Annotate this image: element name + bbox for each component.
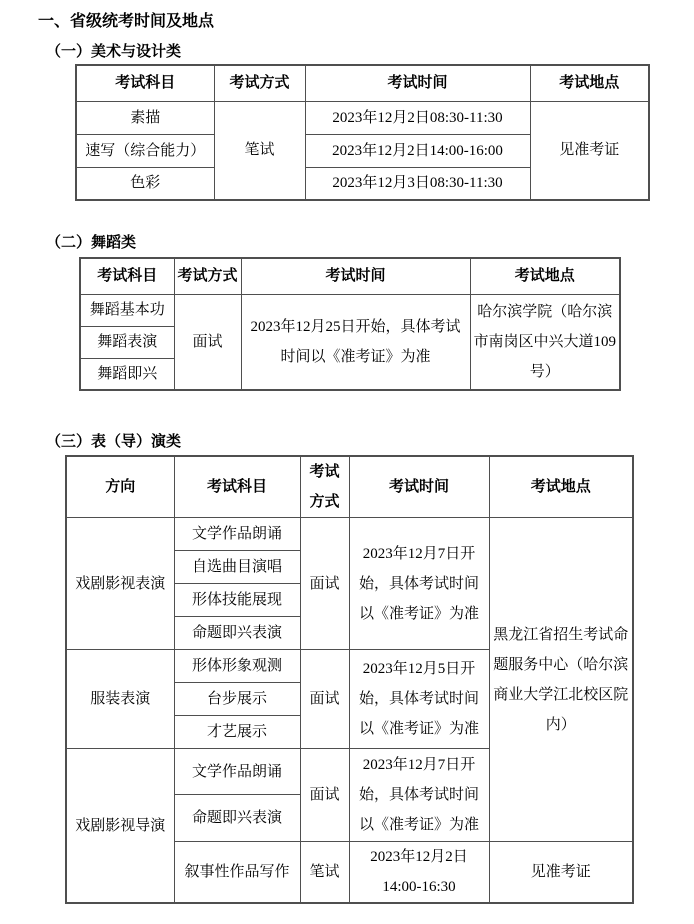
table-header-row: 方向 考试科目 考试方式 考试时间 考试地点 — [66, 456, 633, 518]
cell-subject: 文学作品朗诵 — [174, 518, 300, 551]
cell-location: 见准考证 — [489, 842, 633, 904]
table-header-row: 考试科目 考试方式 考试时间 考试地点 — [76, 65, 649, 101]
cell-subject: 自选曲目演唱 — [174, 551, 300, 584]
cell-subject: 文学作品朗诵 — [174, 749, 300, 795]
acting-table: 方向 考试科目 考试方式 考试时间 考试地点 戏剧影视表演 文学作品朗诵 面试 … — [65, 455, 634, 904]
col-header-location: 考试地点 — [530, 65, 649, 101]
cell-time: 2023年12月25日开始，具体考试时间以《准考证》为准 — [241, 294, 470, 390]
col-header-location: 考试地点 — [470, 258, 620, 294]
page-title: 一、省级统考时间及地点 — [38, 12, 694, 32]
table-row: 舞蹈基本功 面试 2023年12月25日开始，具体考试时间以《准考证》为准 哈尔… — [80, 294, 620, 326]
cell-time: 2023年12月7日开始，具体考试时间以《准考证》为准 — [349, 518, 489, 650]
col-header-direction: 方向 — [66, 456, 174, 518]
col-header-method: 考试方式 — [174, 258, 241, 294]
section-heading-dance: （二）舞蹈类 — [46, 233, 694, 253]
cell-direction: 戏剧影视导演 — [66, 749, 174, 904]
cell-subject: 舞蹈基本功 — [80, 294, 174, 326]
col-header-time: 考试时间 — [241, 258, 470, 294]
cell-method: 笔试 — [300, 842, 349, 904]
cell-time: 2023年12月2日14:00-16:00 — [305, 134, 530, 167]
cell-time: 2023年12月2日14:00-16:30 — [349, 842, 489, 904]
cell-time: 2023年12月5日开始，具体考试时间以《准考证》为准 — [349, 650, 489, 749]
section-dance: （二）舞蹈类 考试科目 考试方式 考试时间 考试地点 舞蹈基本功 面试 2023… — [0, 233, 694, 391]
section-heading-acting: （三）表（导）演类 — [46, 432, 694, 452]
cell-time: 2023年12月7日开始，具体考试时间以《准考证》为准 — [349, 749, 489, 842]
section-art-design: （一）美术与设计类 考试科目 考试方式 考试时间 考试地点 素描 笔试 2023… — [0, 42, 694, 201]
cell-subject: 素描 — [76, 101, 214, 134]
section-heading-art: （一）美术与设计类 — [46, 42, 694, 62]
dance-table: 考试科目 考试方式 考试时间 考试地点 舞蹈基本功 面试 2023年12月25日… — [79, 257, 621, 391]
cell-subject: 才艺展示 — [174, 716, 300, 749]
cell-subject: 命题即兴表演 — [174, 617, 300, 650]
cell-method: 面试 — [174, 294, 241, 390]
cell-subject: 舞蹈表演 — [80, 326, 174, 358]
art-design-table: 考试科目 考试方式 考试时间 考试地点 素描 笔试 2023年12月2日08:3… — [75, 64, 650, 201]
cell-method: 面试 — [300, 650, 349, 749]
cell-method: 面试 — [300, 749, 349, 842]
cell-subject: 速写（综合能力） — [76, 134, 214, 167]
cell-time: 2023年12月2日08:30-11:30 — [305, 101, 530, 134]
table-row: 戏剧影视表演 文学作品朗诵 面试 2023年12月7日开始，具体考试时间以《准考… — [66, 518, 633, 551]
table-row: 素描 笔试 2023年12月2日08:30-11:30 见准考证 — [76, 101, 649, 134]
col-header-location: 考试地点 — [489, 456, 633, 518]
col-header-subject: 考试科目 — [80, 258, 174, 294]
col-header-subject: 考试科目 — [76, 65, 214, 101]
col-header-method: 考试方式 — [300, 456, 349, 518]
cell-subject: 形体形象观测 — [174, 650, 300, 683]
cell-direction: 服装表演 — [66, 650, 174, 749]
col-header-subject: 考试科目 — [174, 456, 300, 518]
cell-location: 黑龙江省招生考试命题服务中心（哈尔滨商业大学江北校区院内） — [489, 518, 633, 842]
cell-direction: 戏剧影视表演 — [66, 518, 174, 650]
cell-subject: 舞蹈即兴 — [80, 358, 174, 390]
cell-subject: 叙事性作品写作 — [174, 842, 300, 904]
cell-subject: 命题即兴表演 — [174, 795, 300, 842]
cell-location: 见准考证 — [530, 101, 649, 200]
col-header-time: 考试时间 — [305, 65, 530, 101]
cell-subject: 台步展示 — [174, 683, 300, 716]
cell-method: 笔试 — [214, 101, 305, 200]
cell-time: 2023年12月3日08:30-11:30 — [305, 167, 530, 200]
cell-subject: 色彩 — [76, 167, 214, 200]
document-page: 一、省级统考时间及地点 （一）美术与设计类 考试科目 考试方式 考试时间 考试地… — [0, 0, 694, 924]
table-header-row: 考试科目 考试方式 考试时间 考试地点 — [80, 258, 620, 294]
section-acting-directing: （三）表（导）演类 方向 考试科目 考试方式 考试时间 考试地点 戏剧影视表演 … — [0, 432, 694, 904]
col-header-time: 考试时间 — [349, 456, 489, 518]
col-header-method: 考试方式 — [214, 65, 305, 101]
cell-subject: 形体技能展现 — [174, 584, 300, 617]
cell-location: 哈尔滨学院（哈尔滨市南岗区中兴大道109号） — [470, 294, 620, 390]
cell-method: 面试 — [300, 518, 349, 650]
